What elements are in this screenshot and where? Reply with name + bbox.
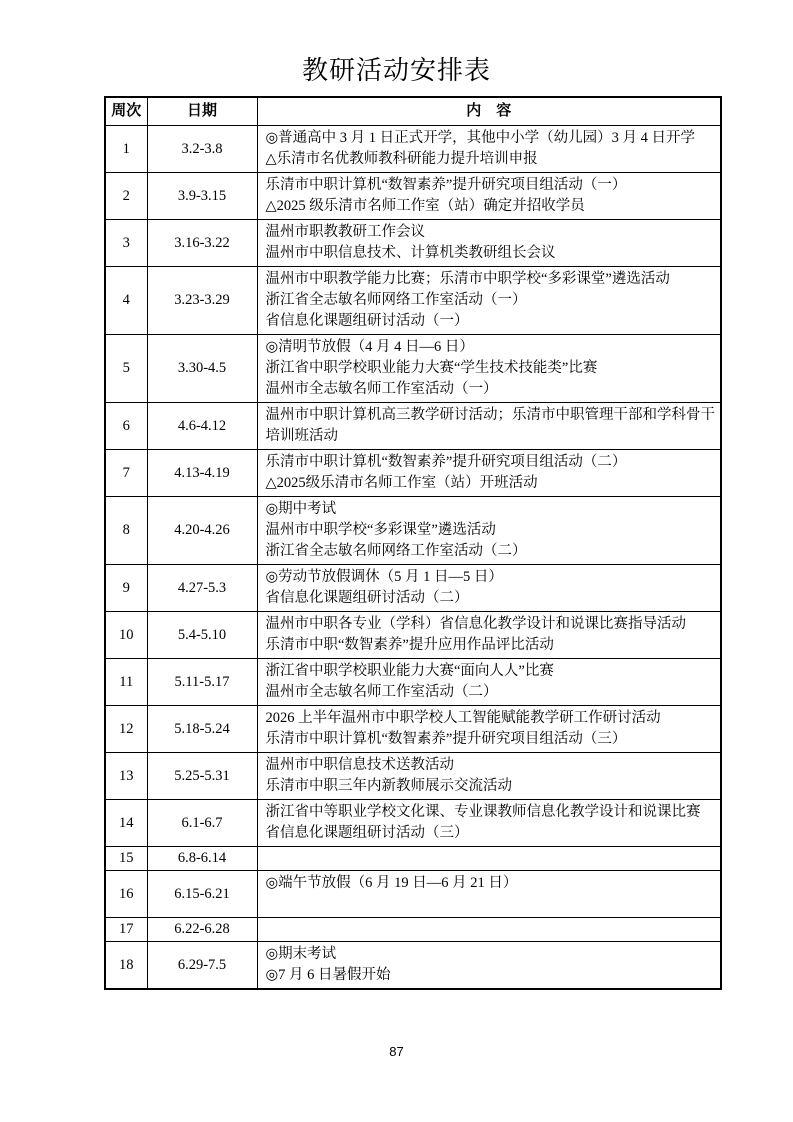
document-page: 教研活动安排表 周次 日期 内 容 1 3.2-3.8 ◎普通高中 3 月 1 … <box>0 0 793 1122</box>
content-line: 温州市中职学校“多彩课堂”遴选活动 <box>266 520 717 541</box>
content-line: 乐清市中职三年内新教师展示交流活动 <box>266 776 717 797</box>
date-range-cell: 3.16-3.22 <box>147 220 257 267</box>
table-row: 5 3.30-4.5 ◎清明节放假（4 月 4 日—6 日）浙江省中职学校职业能… <box>105 335 721 403</box>
table-row: 13 5.25-5.31 温州市中职信息技术送教活动乐清市中职三年内新教师展示交… <box>105 753 721 800</box>
content-cell: ◎清明节放假（4 月 4 日—6 日）浙江省中职学校职业能力大赛“学生技术技能类… <box>257 335 721 403</box>
content-line: ◎7 月 6 日暑假开始 <box>266 965 717 986</box>
week-number-cell: 15 <box>105 847 147 871</box>
date-range-cell: 5.25-5.31 <box>147 753 257 800</box>
table-row: 2 3.9-3.15 乐清市中职计算机“数智素养”提升研究项目组活动（一）△20… <box>105 173 721 220</box>
table-row: 12 5.18-5.24 2026 上半年温州市中职学校人工智能赋能教学研工作研… <box>105 706 721 753</box>
content-cell: ◎期中考试温州市中职学校“多彩课堂”遴选活动浙江省全志敏名师网络工作室活动（二） <box>257 497 721 565</box>
date-range-cell: 5.11-5.17 <box>147 659 257 706</box>
content-line: 乐清市中职“数智素养”提升应用作品评比活动 <box>266 635 717 656</box>
content-line: 温州市中职各专业（学科）省信息化教学设计和说课比赛指导活动 <box>266 614 717 635</box>
week-number-cell: 6 <box>105 403 147 450</box>
date-range-cell: 6.15-6.21 <box>147 871 257 918</box>
content-cell <box>257 918 721 942</box>
week-number-cell: 1 <box>105 126 147 173</box>
content-line: ◎劳动节放假调休（5 月 1 日—5 日） <box>266 567 717 588</box>
content-line: 温州市全志敏名师工作室活动（一） <box>266 379 717 400</box>
content-line: 温州市职教教研工作会议 <box>266 222 717 243</box>
content-line: 乐清市中职计算机“数智素养”提升研究项目组活动（三） <box>266 729 717 750</box>
table-row: 15 6.8-6.14 <box>105 847 721 871</box>
table-row: 1 3.2-3.8 ◎普通高中 3 月 1 日正式开学，其他中小学（幼儿园）3 … <box>105 126 721 173</box>
content-cell: ◎普通高中 3 月 1 日正式开学，其他中小学（幼儿园）3 月 4 日开学△乐清… <box>257 126 721 173</box>
page-title: 教研活动安排表 <box>0 50 793 87</box>
content-line: 培训班活动 <box>266 426 717 447</box>
date-range-cell: 4.6-4.12 <box>147 403 257 450</box>
table-row: 3 3.16-3.22 温州市职教教研工作会议温州市中职信息技术、计算机类教研组… <box>105 220 721 267</box>
content-cell: 浙江省中职学校职业能力大赛“面向人人”比赛温州市全志敏名师工作室活动（二） <box>257 659 721 706</box>
content-cell: 乐清市中职计算机“数智素养”提升研究项目组活动（一）△2025 级乐清市名师工作… <box>257 173 721 220</box>
week-number-cell: 18 <box>105 942 147 990</box>
content-line: ◎期中考试 <box>266 499 717 520</box>
table-row: 17 6.22-6.28 <box>105 918 721 942</box>
table-header-row: 周次 日期 内 容 <box>105 97 721 126</box>
content-line: 温州市全志敏名师工作室活动（二） <box>266 682 717 703</box>
content-line: 省信息化课题组研讨活动（一） <box>266 311 717 332</box>
content-line: 浙江省中职学校职业能力大赛“学生技术技能类”比赛 <box>266 358 717 379</box>
date-range-cell: 6.8-6.14 <box>147 847 257 871</box>
date-range-cell: 4.20-4.26 <box>147 497 257 565</box>
content-line: 省信息化课题组研讨活动（三） <box>266 823 717 844</box>
content-line: 温州市中职信息技术送教活动 <box>266 755 717 776</box>
content-line: 2026 上半年温州市中职学校人工智能赋能教学研工作研讨活动 <box>266 708 717 729</box>
content-line: 温州市中职信息技术、计算机类教研组长会议 <box>266 243 717 264</box>
table-row: 11 5.11-5.17 浙江省中职学校职业能力大赛“面向人人”比赛温州市全志敏… <box>105 659 721 706</box>
content-cell: 乐清市中职计算机“数智素养”提升研究项目组活动（二）△2025级乐清市名师工作室… <box>257 450 721 497</box>
week-number-cell: 11 <box>105 659 147 706</box>
table-row: 7 4.13-4.19 乐清市中职计算机“数智素养”提升研究项目组活动（二）△2… <box>105 450 721 497</box>
date-range-cell: 3.2-3.8 <box>147 126 257 173</box>
date-range-cell: 5.4-5.10 <box>147 612 257 659</box>
content-line: ◎普通高中 3 月 1 日正式开学，其他中小学（幼儿园）3 月 4 日开学 <box>266 128 717 149</box>
content-line: 浙江省全志敏名师网络工作室活动（一） <box>266 290 717 311</box>
week-number-cell: 16 <box>105 871 147 918</box>
content-cell: 温州市中职教学能力比赛；乐清市中职学校“多彩课堂”遴选活动浙江省全志敏名师网络工… <box>257 267 721 335</box>
table-row: 18 6.29-7.5 ◎期末考试◎7 月 6 日暑假开始 <box>105 942 721 990</box>
week-number-cell: 14 <box>105 800 147 847</box>
week-number-cell: 5 <box>105 335 147 403</box>
header-date: 日期 <box>147 97 257 126</box>
week-number-cell: 7 <box>105 450 147 497</box>
content-line: 温州市中职计算机高三教学研讨活动；乐清市中职管理干部和学科骨干 <box>266 405 717 426</box>
week-number-cell: 10 <box>105 612 147 659</box>
content-line: ◎清明节放假（4 月 4 日—6 日） <box>266 337 717 358</box>
table-row: 16 6.15-6.21 ◎端午节放假（6 月 19 日—6 月 21 日） <box>105 871 721 918</box>
week-number-cell: 4 <box>105 267 147 335</box>
content-line <box>266 894 717 915</box>
week-number-cell: 2 <box>105 173 147 220</box>
content-cell: 2026 上半年温州市中职学校人工智能赋能教学研工作研讨活动乐清市中职计算机“数… <box>257 706 721 753</box>
content-cell: 浙江省中等职业学校文化课、专业课教师信息化教学设计和说课比赛省信息化课题组研讨活… <box>257 800 721 847</box>
content-cell: ◎劳动节放假调休（5 月 1 日—5 日）省信息化课题组研讨活动（二） <box>257 565 721 612</box>
page-number: 87 <box>0 1044 793 1059</box>
week-number-cell: 13 <box>105 753 147 800</box>
content-line: 温州市中职教学能力比赛；乐清市中职学校“多彩课堂”遴选活动 <box>266 269 717 290</box>
content-cell: 温州市中职信息技术送教活动乐清市中职三年内新教师展示交流活动 <box>257 753 721 800</box>
date-range-cell: 5.18-5.24 <box>147 706 257 753</box>
week-number-cell: 9 <box>105 565 147 612</box>
schedule-table: 周次 日期 内 容 1 3.2-3.8 ◎普通高中 3 月 1 日正式开学，其他… <box>104 96 722 990</box>
content-line: 浙江省中职学校职业能力大赛“面向人人”比赛 <box>266 661 717 682</box>
week-number-cell: 17 <box>105 918 147 942</box>
date-range-cell: 3.30-4.5 <box>147 335 257 403</box>
date-range-cell: 6.29-7.5 <box>147 942 257 990</box>
week-number-cell: 3 <box>105 220 147 267</box>
table-row: 10 5.4-5.10 温州市中职各专业（学科）省信息化教学设计和说课比赛指导活… <box>105 612 721 659</box>
content-line: 浙江省全志敏名师网络工作室活动（二） <box>266 541 717 562</box>
content-line: △乐清市名优教师教科研能力提升培训申报 <box>266 149 717 170</box>
content-line: ◎期末考试 <box>266 944 717 965</box>
date-range-cell: 3.9-3.15 <box>147 173 257 220</box>
content-cell: ◎端午节放假（6 月 19 日—6 月 21 日） <box>257 871 721 918</box>
content-line: 浙江省中等职业学校文化课、专业课教师信息化教学设计和说课比赛 <box>266 802 717 823</box>
content-line: 乐清市中职计算机“数智素养”提升研究项目组活动（二） <box>266 452 717 473</box>
content-line: △2025 级乐清市名师工作室（站）确定并招收学员 <box>266 196 717 217</box>
header-content: 内 容 <box>257 97 721 126</box>
content-line: △2025级乐清市名师工作室（站）开班活动 <box>266 473 717 494</box>
table-row: 8 4.20-4.26 ◎期中考试温州市中职学校“多彩课堂”遴选活动浙江省全志敏… <box>105 497 721 565</box>
table-row: 4 3.23-3.29 温州市中职教学能力比赛；乐清市中职学校“多彩课堂”遴选活… <box>105 267 721 335</box>
table-row: 6 4.6-4.12 温州市中职计算机高三教学研讨活动；乐清市中职管理干部和学科… <box>105 403 721 450</box>
schedule-table-body: 1 3.2-3.8 ◎普通高中 3 月 1 日正式开学，其他中小学（幼儿园）3 … <box>105 126 721 990</box>
week-number-cell: 12 <box>105 706 147 753</box>
content-line: 乐清市中职计算机“数智素养”提升研究项目组活动（一） <box>266 175 717 196</box>
content-cell: 温州市职教教研工作会议温州市中职信息技术、计算机类教研组长会议 <box>257 220 721 267</box>
content-cell: 温州市中职计算机高三教学研讨活动；乐清市中职管理干部和学科骨干培训班活动 <box>257 403 721 450</box>
date-range-cell: 4.27-5.3 <box>147 565 257 612</box>
content-line: 省信息化课题组研讨活动（二） <box>266 588 717 609</box>
table-row: 9 4.27-5.3 ◎劳动节放假调休（5 月 1 日—5 日）省信息化课题组研… <box>105 565 721 612</box>
table-row: 14 6.1-6.7 浙江省中等职业学校文化课、专业课教师信息化教学设计和说课比… <box>105 800 721 847</box>
date-range-cell: 6.1-6.7 <box>147 800 257 847</box>
header-week: 周次 <box>105 97 147 126</box>
date-range-cell: 4.13-4.19 <box>147 450 257 497</box>
date-range-cell: 6.22-6.28 <box>147 918 257 942</box>
date-range-cell: 3.23-3.29 <box>147 267 257 335</box>
content-cell <box>257 847 721 871</box>
content-cell: ◎期末考试◎7 月 6 日暑假开始 <box>257 942 721 990</box>
week-number-cell: 8 <box>105 497 147 565</box>
content-line: ◎端午节放假（6 月 19 日—6 月 21 日） <box>266 873 717 894</box>
content-cell: 温州市中职各专业（学科）省信息化教学设计和说课比赛指导活动乐清市中职“数智素养”… <box>257 612 721 659</box>
